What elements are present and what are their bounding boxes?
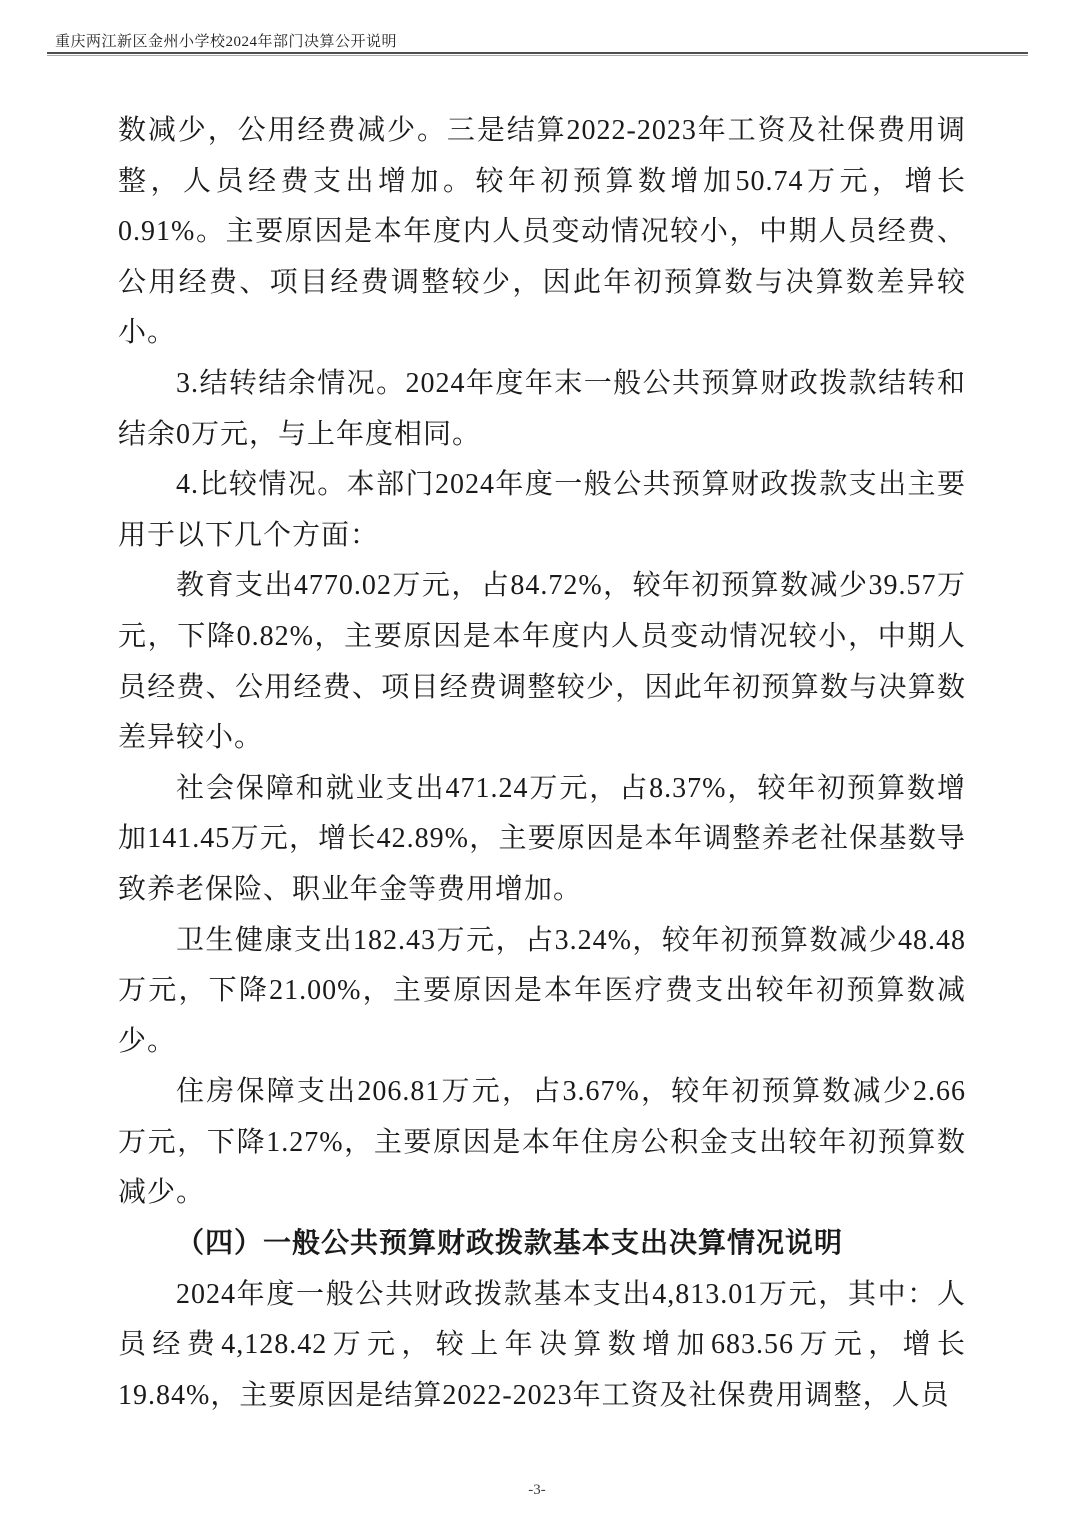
paragraph-social-security-spending: 社会保障和就业支出471.24万元，占8.37%，较年初预算数增加141.45万… [118,764,966,916]
document-page: 重庆两江新区金州小学校2024年部门决算公开说明 数减少，公用经费减少。三是结算… [0,0,1074,1520]
paragraph-education-spending: 教育支出4770.02万元，占84.72%，较年初预算数减少39.57万元，下降… [118,561,966,763]
header-title: 重庆两江新区金州小学校2024年部门决算公开说明 [55,30,397,51]
paragraph-basic-expenditure-detail: 2024年度一般公共财政拨款基本支出4,813.01万元，其中：人员经费4,12… [118,1270,966,1422]
paragraph-comparison-intro: 4.比较情况。本部门2024年度一般公共预算财政拨款支出主要用于以下几个方面： [118,460,966,561]
header-rule [47,52,1028,56]
document-body: 数减少，公用经费减少。三是结算2022-2023年工资及社保费用调整，人员经费支… [118,106,966,1421]
paragraph-housing-spending: 住房保障支出206.81万元，占3.67%，较年初预算数减少2.66万元，下降1… [118,1067,966,1219]
paragraph-carryover-balance: 3.结转结余情况。2024年度年末一般公共预算财政拨款结转和结余0万元，与上年度… [118,359,966,460]
paragraph-health-spending: 卫生健康支出182.43万元，占3.24%，较年初预算数减少48.48万元，下降… [118,916,966,1068]
paragraph-continuation: 数减少，公用经费减少。三是结算2022-2023年工资及社保费用调整，人员经费支… [118,106,966,359]
page-number: -3- [0,1482,1074,1499]
section-heading-basic-expenditure: （四）一般公共预算财政拨款基本支出决算情况说明 [118,1219,966,1270]
